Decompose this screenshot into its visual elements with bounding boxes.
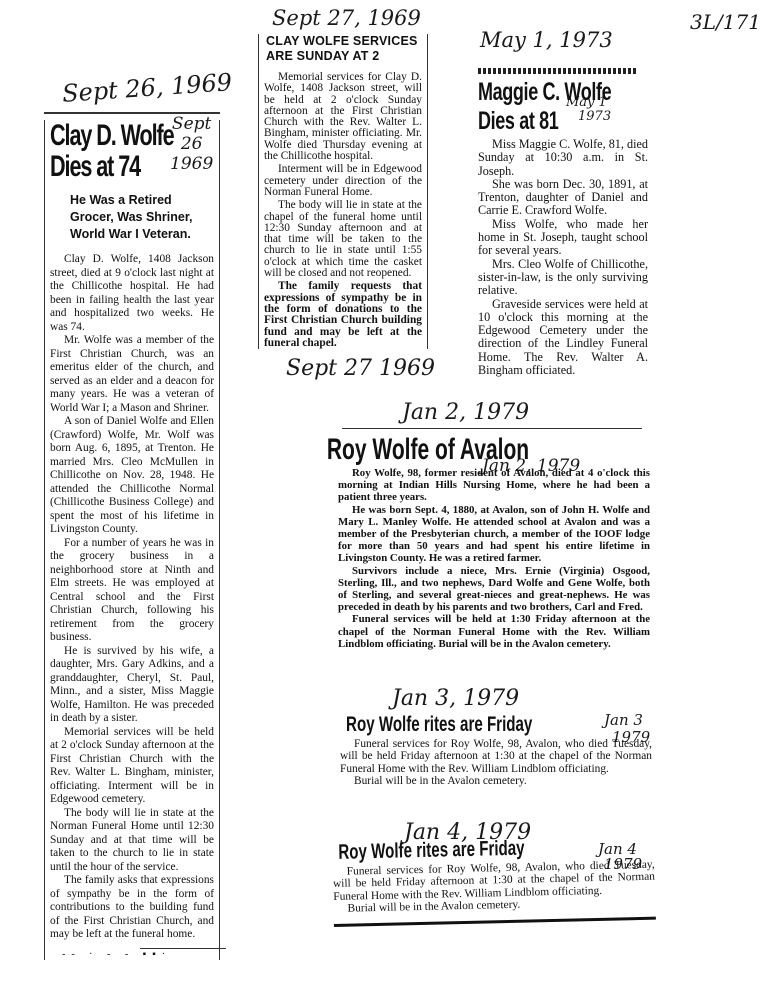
handwritten-date: May 1, 1973 [480, 28, 613, 52]
article-body: Memorial services for Clay D. Wolfe, 140… [264, 72, 422, 349]
article-body: Roy Wolfe, 98, former resident of Avalon… [338, 467, 650, 650]
paragraph: The body will lie in state at the chapel… [264, 200, 422, 279]
headline: Maggie C. Wolfe Dies at 81 [478, 78, 644, 136]
paragraph: Mrs. Cleo Wolfe of Chillicothe, sister-i… [478, 258, 648, 298]
divider [478, 68, 638, 74]
obituary-maggie: Maggie C. Wolfe Dies at 81 Miss Maggie C… [478, 68, 648, 377]
subheadline: He Was a Retired Grocer, Was Shriner, Wo… [70, 192, 214, 243]
paragraph: Mr. Wolfe was a member of the First Chri… [50, 334, 214, 415]
article-body: Clay D. Wolfe, 1408 Jackson street, died… [50, 253, 214, 942]
paragraph: Funeral services will be held at 1:30 Fr… [338, 613, 650, 650]
paragraph: A son of Daniel Wolfe and Ellen (Crawfor… [50, 415, 214, 537]
headline: Roy Wolfe rites are Friday [288, 712, 590, 738]
subheadline-line: Grocer, Was Shriner, [70, 209, 214, 226]
paragraph: Graveside services were held at 10 o'clo… [478, 298, 648, 378]
paragraph: Survivors include a niece, Mrs. Ernie (V… [338, 565, 650, 614]
article-body: Miss Maggie C. Wolfe, 81, died Sunday at… [478, 138, 648, 377]
paragraph: Memorial services for Clay D. Wolfe, 140… [264, 72, 422, 162]
paragraph: He is survived by his wife, a daughter, … [50, 645, 214, 726]
notice-clay-services: CLAY WOLFE SERVICES ARE SUNDAY AT 2 Memo… [258, 32, 428, 351]
paragraph: He was born Sept. 4, 1880, at Avalon, so… [338, 504, 650, 565]
paragraph: Interment will be in Edgewood cemetery u… [264, 164, 422, 198]
divider [334, 916, 656, 926]
cut-off-text: -- · - - ▪▪· [62, 949, 214, 960]
headline-line: Dies at 74 [50, 151, 223, 182]
paragraph: The body will lie in state at the Norman… [50, 807, 214, 875]
paragraph: The family requests that expressions of … [264, 281, 422, 349]
handwritten-date: Sept 27 1969 [286, 356, 435, 381]
headline-line: Maggie C. Wolfe [478, 78, 644, 107]
headline-line: ARE SUNDAY AT 2 [266, 49, 422, 64]
divider [44, 112, 220, 114]
obituary-clay-dies: Clay D. Wolfe Dies at 74 He Was a Retire… [44, 112, 220, 960]
paragraph: Memorial services will be held at 2 o'cl… [50, 726, 214, 807]
headline-line: Dies at 81 [478, 107, 644, 136]
subheadline-line: He Was a Retired [70, 192, 214, 209]
paragraph: Burial will be in the Avalon cemetery. [340, 775, 652, 787]
handwritten-date: Sept 27, 1969 [272, 6, 421, 30]
notice-roy-rites-jan3: Roy Wolfe rites are Friday Funeral servi… [340, 712, 652, 788]
headline-line: Clay D. Wolfe [50, 120, 223, 151]
article-body: Funeral services for Roy Wolfe, 98, Aval… [333, 859, 656, 916]
paragraph: Miss Wolfe, who made her home in St. Jos… [478, 218, 648, 258]
subheadline-line: World War I Veteran. [70, 226, 214, 243]
headline: Roy Wolfe of Avalon [274, 433, 582, 467]
paragraph: Funeral services for Roy Wolfe, 98, Aval… [340, 738, 652, 775]
obituary-roy-avalon: Roy Wolfe of Avalon Roy Wolfe, 98, forme… [338, 428, 650, 650]
paragraph: The family asks that expressions of symp… [50, 874, 214, 942]
paragraph: Roy Wolfe, 98, former resident of Avalon… [338, 467, 650, 504]
paragraph: For a number of years he was in the groc… [50, 537, 214, 645]
headline: Clay D. Wolfe Dies at 74 [50, 120, 223, 182]
divider [342, 428, 642, 429]
paragraph: Clay D. Wolfe, 1408 Jackson street, died… [50, 253, 214, 334]
paragraph: She was born Dec. 30, 1891, at Trenton, … [478, 178, 648, 218]
headline: CLAY WOLFE SERVICES ARE SUNDAY AT 2 [266, 34, 422, 64]
paragraph: Miss Maggie C. Wolfe, 81, died Sunday at… [478, 138, 648, 178]
page-annotation: 3L/171 [690, 10, 760, 34]
handwritten-date: Jan 3, 1979 [392, 686, 519, 711]
article-body: Funeral services for Roy Wolfe, 98, Aval… [340, 738, 652, 788]
headline-line: CLAY WOLFE SERVICES [266, 34, 422, 49]
handwritten-date: Jan 2, 1979 [402, 400, 529, 425]
notice-roy-rites-jan4: Roy Wolfe rites are Friday Funeral servi… [332, 833, 656, 927]
handwritten-date: Sept 26, 1969 [61, 68, 233, 108]
